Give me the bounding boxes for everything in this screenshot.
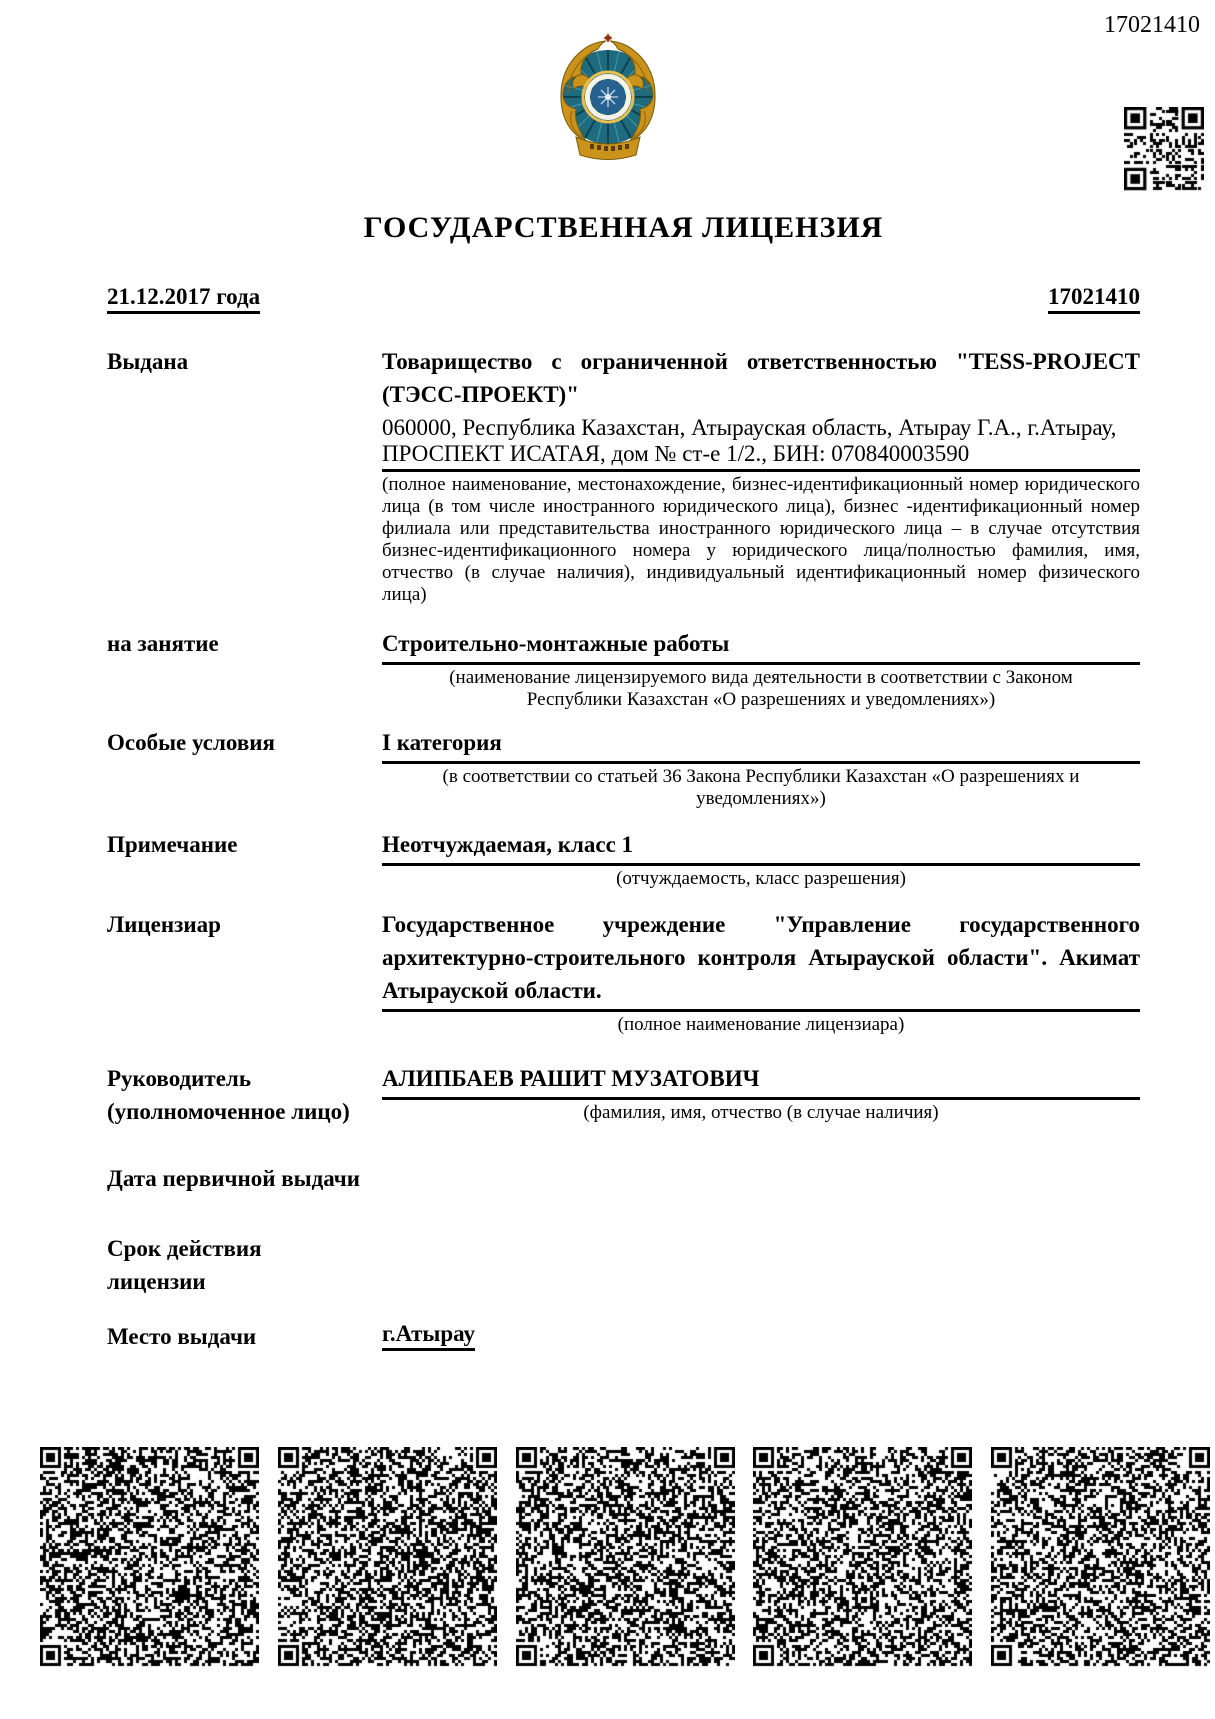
field-label-place-of-issue: Место выдачи bbox=[107, 1320, 382, 1353]
field-note: Примечание Неотчуждаемая, класс 1 (отчуж… bbox=[107, 828, 1140, 890]
field-label-licensor: Лицензиар bbox=[107, 908, 382, 1036]
issued-to-caption: (полное наименование, местонахождение, б… bbox=[382, 474, 1140, 606]
head-value: АЛИПБАЕВ РАШИТ МУЗАТОВИЧ bbox=[382, 1062, 1140, 1095]
note-caption: (отчуждаемость, класс разрешения) bbox=[382, 868, 1140, 890]
qr-code-3 bbox=[516, 1447, 735, 1667]
activity-caption: (наименование лицензируемого вида деятел… bbox=[382, 667, 1140, 711]
document-corner-number: 17021410 bbox=[1104, 12, 1200, 38]
issued-to-value: Товарищество с ограниченной ответственно… bbox=[382, 345, 1140, 411]
field-label-validity: Срок действия лицензии bbox=[107, 1232, 382, 1298]
special-conditions-caption: (в соответствии со статьей 36 Закона Рес… bbox=[382, 766, 1140, 810]
qr-code-2 bbox=[278, 1447, 497, 1667]
field-label-special-conditions: Особые условия bbox=[107, 726, 382, 810]
special-conditions-value: I категория bbox=[382, 726, 1140, 759]
date-number-row: 21.12.2017 года 17021410 bbox=[107, 283, 1140, 314]
licensor-caption: (полное наименование лицензиара) bbox=[382, 1014, 1140, 1036]
head-caption: (фамилия, имя, отчество (в случае наличи… bbox=[382, 1102, 1140, 1124]
field-issued-to: Выдана Товарищество с ограниченной ответ… bbox=[107, 345, 1140, 606]
field-label-issued-to: Выдана bbox=[107, 345, 382, 606]
field-validity: Срок действия лицензии bbox=[107, 1232, 1140, 1298]
field-label-activity: на занятие bbox=[107, 627, 382, 711]
license-body: 21.12.2017 года 17021410 Выдана Товарище… bbox=[107, 283, 1140, 1353]
licensor-value: Государственное учреждение "Управление г… bbox=[382, 908, 1140, 1007]
field-head: Руководитель (уполномоченное лицо) АЛИПБ… bbox=[107, 1062, 1140, 1128]
place-of-issue-value: г.Атырау bbox=[382, 1320, 475, 1351]
issue-date: 21.12.2017 года bbox=[107, 283, 260, 314]
field-first-issue-date: Дата первичной выдачи bbox=[107, 1162, 1140, 1195]
state-license-document: 17021410 bbox=[0, 0, 1215, 1719]
license-number: 17021410 bbox=[1048, 283, 1140, 314]
field-label-note: Примечание bbox=[107, 828, 382, 890]
activity-value: Строительно-монтажные работы bbox=[382, 627, 1140, 660]
field-activity: на занятие Строительно-монтажные работы … bbox=[107, 627, 1140, 711]
kazakhstan-coat-of-arms-icon bbox=[548, 31, 668, 162]
field-special-conditions: Особые условия I категория (в соответств… bbox=[107, 726, 1140, 810]
qr-code-5 bbox=[991, 1447, 1210, 1667]
issued-to-address: 060000, Республика Казахстан, Атырауская… bbox=[382, 415, 1140, 467]
field-label-first-issue-date: Дата первичной выдачи bbox=[107, 1162, 382, 1195]
qr-code-4 bbox=[753, 1447, 972, 1667]
document-title: ГОСУДАРСТВЕННАЯ ЛИЦЕНЗИЯ bbox=[107, 210, 1140, 246]
field-label-head: Руководитель (уполномоченное лицо) bbox=[107, 1062, 382, 1128]
field-place-of-issue: Место выдачи г.Атырау bbox=[107, 1320, 1140, 1353]
field-licensor: Лицензиар Государственное учреждение "Уп… bbox=[107, 908, 1140, 1036]
signature-qr-codes bbox=[40, 1447, 1210, 1667]
qr-code-top-right bbox=[1124, 107, 1204, 191]
note-value: Неотчуждаемая, класс 1 bbox=[382, 828, 1140, 861]
qr-code-1 bbox=[40, 1447, 259, 1667]
